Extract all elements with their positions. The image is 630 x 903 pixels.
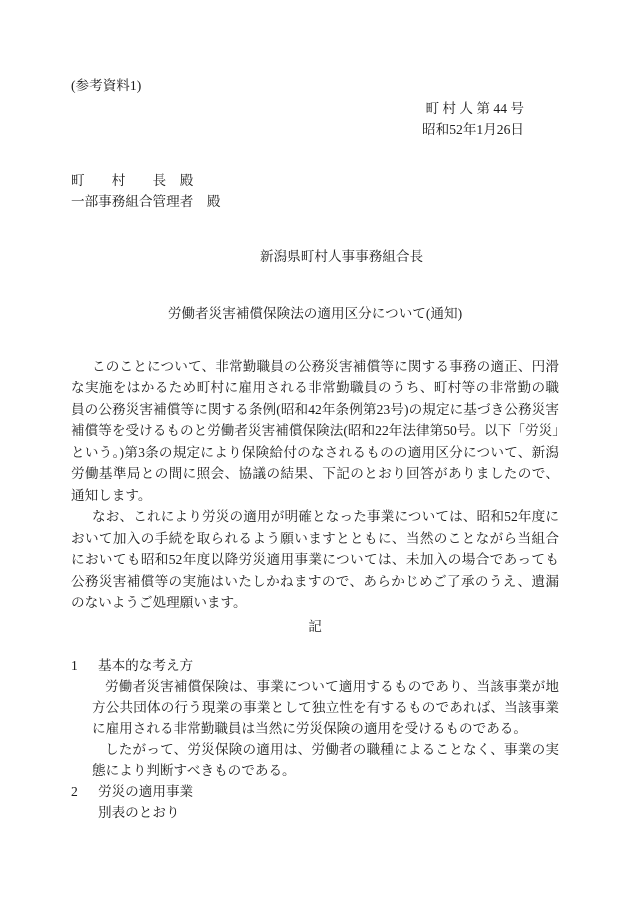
body-paragraph-2: なお、これにより労災の適用が明確となった事業については、昭和52年度において加入…	[71, 506, 559, 614]
reference-label: (参考資料1)	[71, 75, 559, 97]
doc-date: 昭和52年1月26日	[71, 119, 524, 141]
item-2-paragraph-1: 別表のとおり	[98, 802, 559, 823]
item-1-heading: 基本的な考え方	[98, 658, 193, 673]
addressee-line-2: 一部事務組合管理者 殿	[71, 191, 559, 213]
sender-name: 新潟県町村人事事務組合長	[71, 246, 559, 268]
item-2: 2労災の適用事業 別表のとおり	[71, 781, 559, 823]
item-1-number: 1	[71, 655, 98, 676]
addressee-block: 町 村 長 殿 一部事務組合管理者 殿	[71, 170, 559, 213]
body-paragraph-1: このことについて、非常勤職員の公務災害補償等に関する事務の適正、円滑な実施をはか…	[71, 356, 559, 507]
record-mark: 記	[71, 616, 559, 638]
document-title: 労働者災害補償保険法の適用区分について(通知)	[71, 303, 559, 325]
item-list: 1基本的な考え方 労働者災害補償保険は、事業について適用するものであり、当該事業…	[71, 655, 559, 823]
body-text: このことについて、非常勤職員の公務災害補償等に関する事務の適正、円滑な実施をはか…	[71, 356, 559, 614]
item-1-paragraph-2: したがって、労災保険の適用は、労働者の職種によることなく、事業の実態により判断す…	[92, 739, 559, 781]
item-1: 1基本的な考え方 労働者災害補償保険は、事業について適用するものであり、当該事業…	[71, 655, 559, 781]
item-2-number: 2	[71, 781, 98, 802]
item-1-paragraph-1: 労働者災害補償保険は、事業について適用するものであり、当該事業が地方公共団体の行…	[92, 676, 559, 739]
item-2-head: 2労災の適用事業	[71, 781, 559, 802]
item-2-heading: 労災の適用事業	[98, 784, 193, 799]
document-header: 町 村 人 第 44 号 昭和52年1月26日	[71, 98, 559, 141]
addressee-line-1: 町 村 長 殿	[71, 170, 559, 192]
item-1-head: 1基本的な考え方	[71, 655, 559, 676]
doc-number: 町 村 人 第 44 号	[71, 98, 524, 120]
document-page: (参考資料1) 町 村 人 第 44 号 昭和52年1月26日 町 村 長 殿 …	[0, 0, 630, 903]
